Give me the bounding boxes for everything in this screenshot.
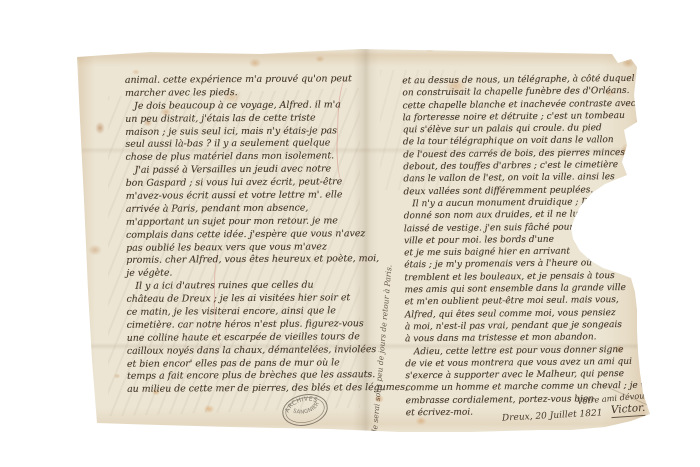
handwriting-line: cailloux noyés dans la chaux, démantelée… bbox=[127, 344, 367, 359]
handwriting-line: étais ; je m'y promenais vers à l'heure … bbox=[404, 257, 656, 272]
signature-text: Victor. bbox=[611, 402, 646, 418]
handwriting-line: m'apportant un sujet pour mon retour. je… bbox=[126, 215, 366, 230]
handwriting-line: promis. cher Alfred, vous êtes heureux e… bbox=[126, 254, 366, 269]
handwriting-line: laissé de vestige. j'en suis fâché pour … bbox=[404, 220, 656, 235]
handwriting-line: donné son nom aux druides, et il ne lui … bbox=[404, 208, 656, 223]
handwriting-line: une colline haute et escarpée de vieille… bbox=[127, 331, 367, 346]
handwriting-line: au milieu de cette mer de pierres, des b… bbox=[127, 383, 367, 398]
letter-photo: animal. cette expérience m'a prouvé qu'o… bbox=[0, 0, 700, 467]
handwriting-line: animal. cette expérience m'a prouvé qu'o… bbox=[125, 73, 365, 88]
handwriting-line: dans le vallon de l'est, on voit la vill… bbox=[403, 171, 655, 186]
letter-page-right: et au dessus de nous, un télégraphe, à c… bbox=[402, 73, 658, 420]
handwriting-line: Je dois beaucoup à ce voyage, Alfred. il… bbox=[125, 99, 365, 114]
handwriting-line: complais dans cette idée. j'espère que v… bbox=[126, 228, 366, 243]
letter-page-left: animal. cette expérience m'a prouvé qu'o… bbox=[125, 73, 367, 397]
letter-paper: animal. cette expérience m'a prouvé qu'o… bbox=[0, 0, 700, 467]
handwriting-line: m'avez-vous écrit aussi et votre lettre … bbox=[126, 189, 366, 204]
handwriting-line: et m'en oublient peut-être moi seul. mai… bbox=[405, 294, 657, 309]
